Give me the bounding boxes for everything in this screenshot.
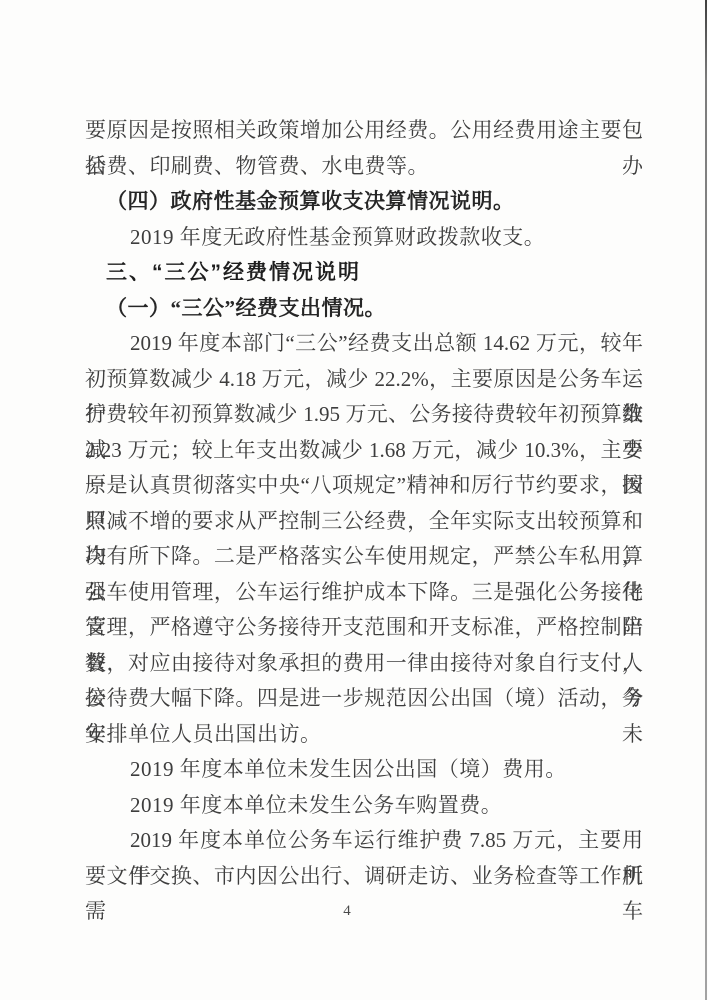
text-line: 2019 年度本单位未发生因公出国（境）费用。 [85,752,643,788]
text-line: 管理，严格遵守公务接待开支范围和开支标准，严格控制陪餐人 [85,610,643,646]
text-line: 要原因是按照相关政策增加公用经费。公用经费用途主要包括办 [85,113,643,149]
text-line: 接待费大幅下降。四是进一步规范因公出国（境）活动，今年未 [85,681,643,717]
heading-line: （一）“三公”经费支出情况。 [85,291,643,327]
text-line: 2019 年度无政府性基金预算财政拨款收支。 [85,220,643,256]
heading-line: 三、“三公”经费情况说明 [85,255,643,291]
text-line: 数，对应由接待对象承担的费用一律由接待对象自行支付，公务 [85,646,643,682]
text-line: 护费较年初预算数减少 1.95 万元、公务接待费较年初预算数减少 [85,397,643,433]
text-line: 一是认真贯彻落实中央“八项规定”精神和厉行节约要求，按照 [85,468,643,504]
text-line: 只减不增的要求从严控制三公经费，全年实际支出较预算和决算 [85,504,643,540]
page-number: 4 [0,903,694,920]
document-page: 要原因是按照相关政策增加公用经费。公用经费用途主要包括办公费、印刷费、物管费、水… [0,0,708,1000]
text-line: 公车使用管理，公车运行维护成本下降。三是强化公务接待支出 [85,575,643,611]
document-text: 要原因是按照相关政策增加公用经费。公用经费用途主要包括办公费、印刷费、物管费、水… [85,113,643,894]
scan-edge-artifact [705,0,707,1000]
text-line: 2.23 万元；较上年支出数减少 1.68 万元，减少 10.3%，主要原因 [85,433,643,469]
heading-line: （四）政府性基金预算收支决算情况说明。 [85,184,643,220]
text-line: 初预算数减少 4.18 万元，减少 22.2%，主要原因是公务车运行维 [85,362,643,398]
text-line: 2019 年度本部门“三公”经费支出总额 14.62 万元，较年 [85,326,643,362]
text-line: 2019 年度本单位未发生公务车购置费。 [85,788,643,824]
text-line: 均有所下降。二是严格落实公车使用规定，严禁公车私用，强化 [85,539,643,575]
text-line: 2019 年度本单位公务车运行维护费 7.85 万元，主要用于机 [85,823,643,859]
text-line: 要文件交换、市内因公出行、调研走访、业务检查等工作所需车 [85,859,643,895]
